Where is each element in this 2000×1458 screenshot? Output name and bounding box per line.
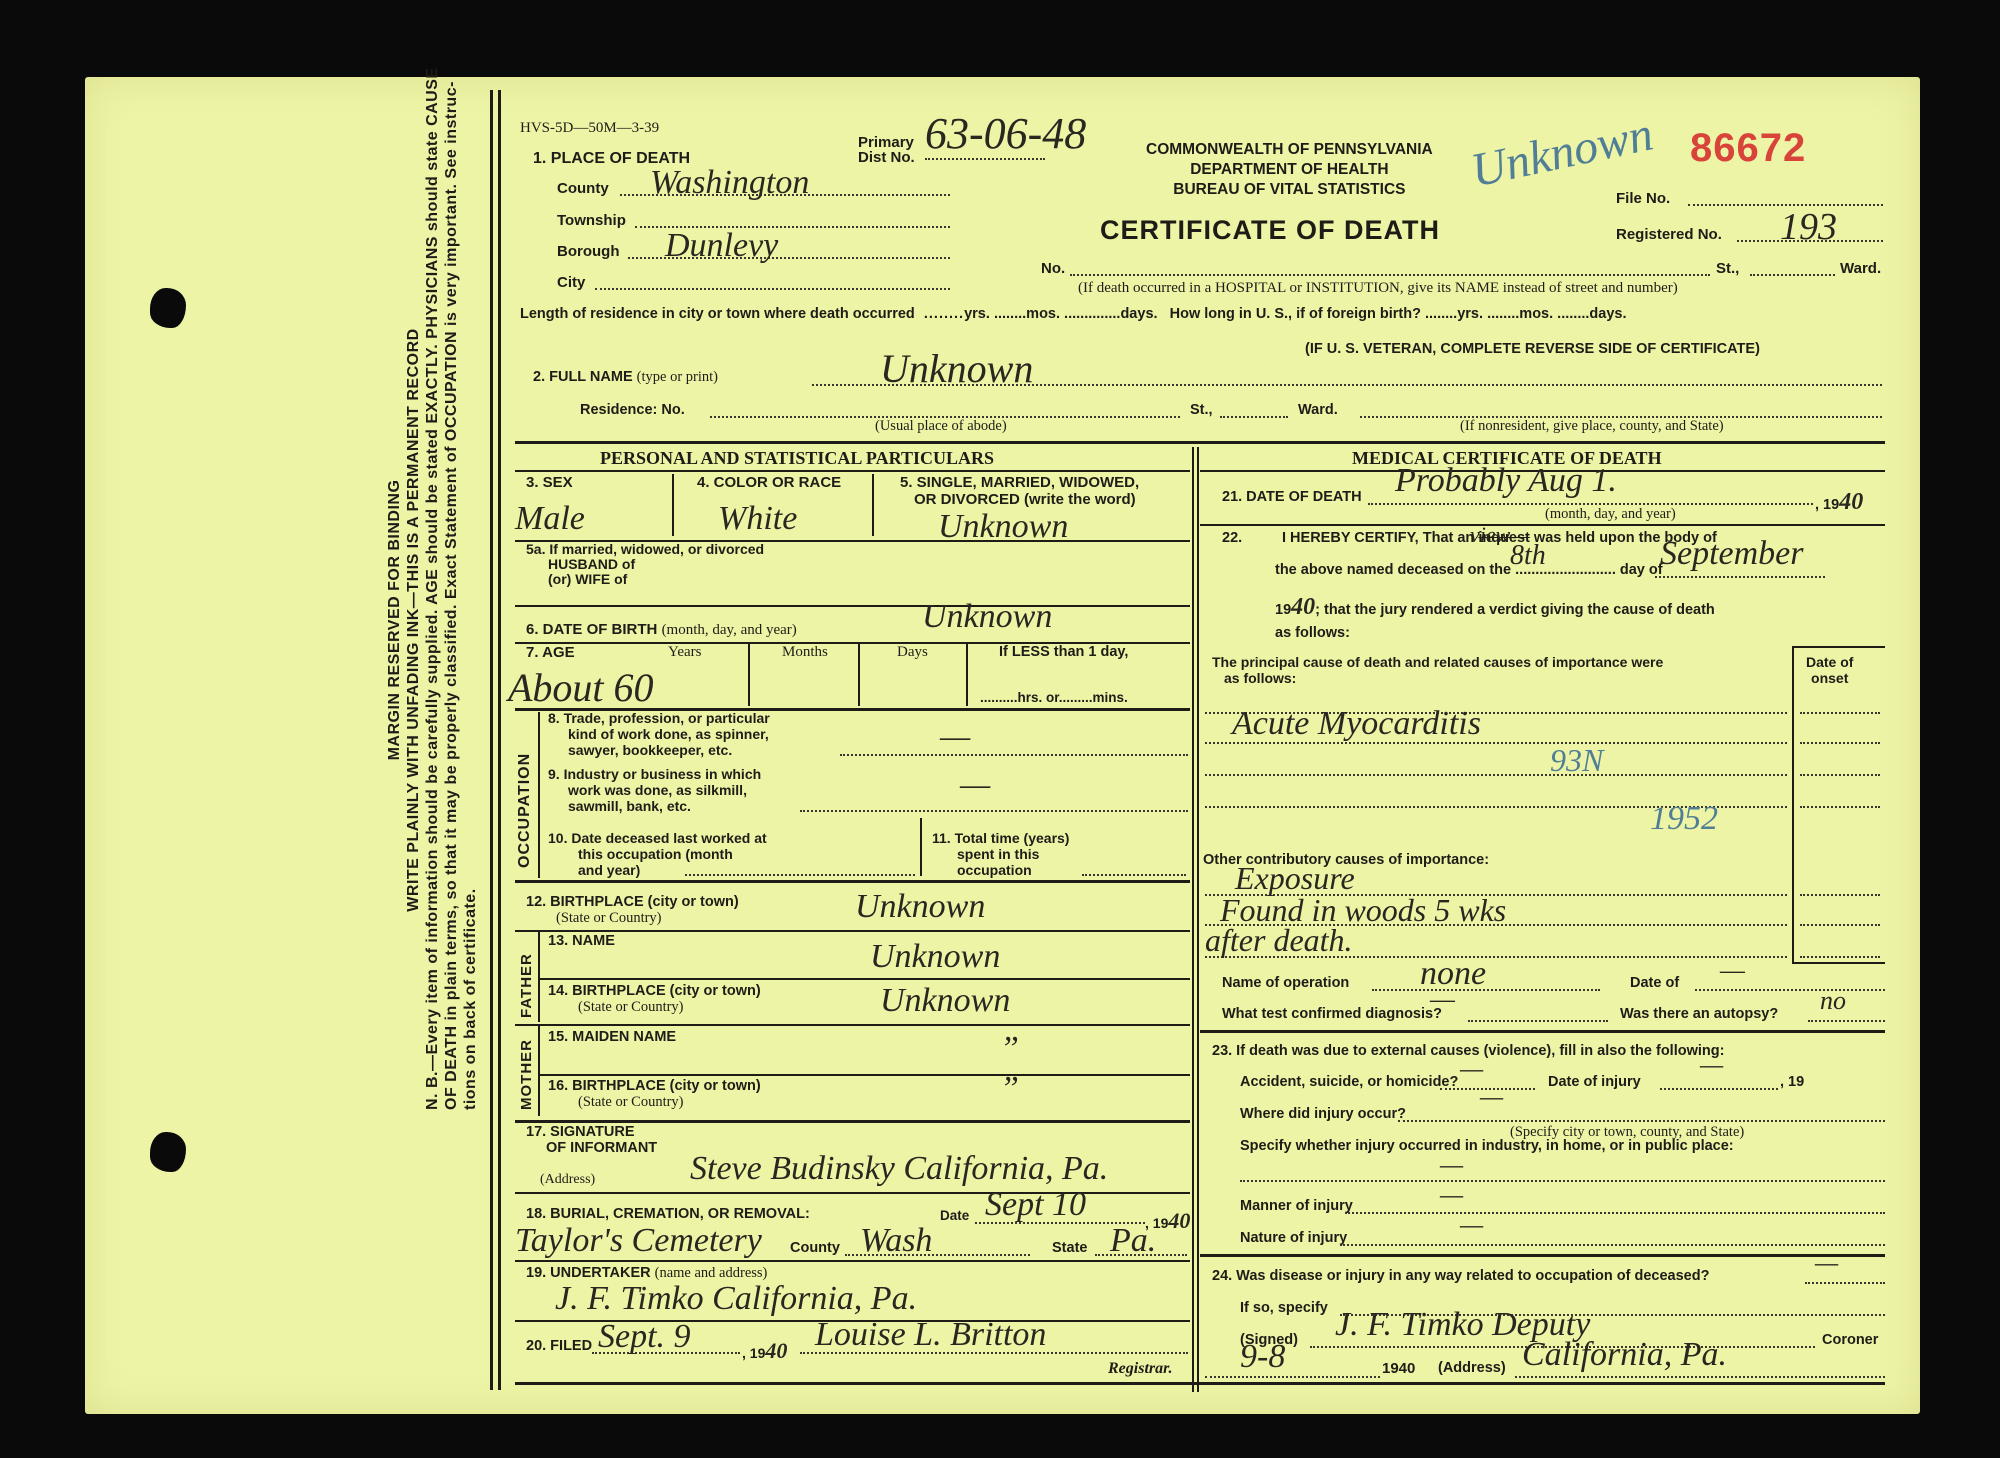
industry-value[interactable]: — [960, 766, 990, 804]
race-label: 4. COLOR OR RACE [697, 474, 841, 491]
informant-label: 17. SIGNATURE OF INFORMANT [526, 1124, 657, 1156]
accident-value[interactable]: — [1460, 1054, 1483, 1084]
residence-length-label: Length of residence in city or town wher… [520, 306, 1627, 322]
filed-label: 20. FILED [526, 1338, 592, 1354]
occupation-related-label: 24. Was disease or injury in any way rel… [1212, 1268, 1709, 1284]
operation-date-value[interactable]: — [1720, 955, 1745, 987]
margin-line-2: WRITE PLAINLY WITH UNFADING INK—THIS IS … [404, 130, 423, 1110]
hrs-mins-label: ..........hrs. or.........mins. [980, 690, 1128, 705]
injury-date-value[interactable]: — [1700, 1050, 1723, 1080]
operation-date-label: Date of [1630, 975, 1679, 991]
injury-date-label: Date of injury [1548, 1074, 1641, 1090]
certify-line-4: as follows: [1275, 625, 1350, 641]
father-vertical-label: FATHER [518, 953, 535, 1018]
operation-label: Name of operation [1222, 975, 1349, 991]
residence-label: Residence: No. [580, 402, 685, 418]
blue-code-1: 93N [1550, 742, 1603, 779]
binding-rule-2 [498, 90, 501, 1390]
race-value[interactable]: White [718, 500, 797, 538]
certificate-stamp-number: 86672 [1690, 126, 1806, 171]
city-field[interactable] [595, 288, 950, 290]
date-of-death-note: (month, day, and year) [1545, 506, 1676, 523]
mother-name-value[interactable]: ” [1000, 1030, 1019, 1068]
principal-cause-value[interactable]: Acute Myocarditis [1232, 705, 1481, 743]
certify-line-3: 1940; that the jury rendered a verdict g… [1275, 594, 1715, 621]
test-value[interactable]: — [1430, 984, 1455, 1016]
personal-section-title: PERSONAL AND STATISTICAL PARTICULARS [600, 448, 994, 469]
margin-line-4: OF DEATH in plain terms, so that it may … [442, 130, 461, 1110]
father-name-value[interactable]: Unknown [870, 938, 1000, 976]
filed-year: , 1940 [742, 1338, 787, 1364]
nonresident-note: (If nonresident, give place, county, and… [1460, 418, 1724, 435]
manner-value[interactable]: — [1440, 1180, 1463, 1210]
where-label: Where did injury occur? [1240, 1106, 1406, 1122]
veteran-note: (IF U. S. VETERAN, COMPLETE REVERSE SIDE… [1305, 341, 1760, 357]
burial-state-value[interactable]: Pa. [1110, 1222, 1156, 1260]
industry-label: 9. Industry or business in which work wa… [548, 766, 761, 814]
if-so-label: If so, specify [1240, 1300, 1328, 1316]
certify-day-value[interactable]: 8th [1510, 540, 1546, 572]
spouse-label: 5a. If married, widowed, or divorced HUS… [526, 542, 764, 587]
dob-label: 6. DATE OF BIRTH (month, day, and year) [526, 621, 797, 639]
residence-st-label: St., [1190, 402, 1213, 418]
abode-note: (Usual place of abode) [875, 418, 1007, 435]
where-value[interactable]: — [1480, 1082, 1503, 1112]
street-no-label: No. [1041, 260, 1065, 277]
form-code: HVS-5D—50M—3-39 [520, 120, 659, 137]
last-worked-label: 10. Date deceased last worked at this oc… [548, 830, 767, 878]
total-time-field[interactable] [1082, 874, 1186, 876]
injury-year-label: , 19 [1780, 1074, 1804, 1090]
nature-value[interactable]: — [1460, 1210, 1483, 1240]
burial-county-label: County [790, 1240, 840, 1256]
borough-value[interactable]: Dunlevy [665, 227, 778, 265]
primary-dist-label: PrimaryDist No. [858, 135, 915, 165]
full-name-value[interactable]: Unknown [880, 345, 1033, 392]
primary-dist-value[interactable]: 63-06-48 [925, 108, 1086, 159]
marital-label: 5. SINGLE, MARRIED, WIDOWED, OR DIVORCED… [900, 474, 1139, 508]
full-name-label: 2. FULL NAME (type or print) [533, 369, 718, 386]
city-label: City [557, 274, 585, 291]
street-label: St., [1716, 260, 1739, 277]
age-years-label: Years [668, 644, 701, 661]
sex-label: 3. SEX [526, 474, 573, 491]
margin-line-5: tions on back of certificate. [461, 130, 480, 1110]
age-days-label: Days [897, 644, 928, 661]
autopsy-label: Was there an autopsy? [1620, 1006, 1778, 1022]
certify-line-2: the above named deceased on the ........… [1275, 562, 1663, 578]
less-than-day-label: If LESS than 1 day, [999, 644, 1128, 660]
burial-state-label: State [1052, 1240, 1087, 1256]
punch-hole-bottom [150, 1132, 186, 1172]
coroner-address-value[interactable]: California, Pa. [1522, 1336, 1727, 1374]
burial-date-value[interactable]: Sept 10 [985, 1186, 1086, 1224]
date-of-death-year: , 1940 [1815, 489, 1863, 516]
blue-code-2: 1952 [1650, 800, 1718, 838]
burial-date-label: Date [940, 1208, 969, 1223]
margin-instructions: MARGIN RESERVED FOR BINDING WRITE PLAINL… [385, 130, 480, 1110]
registrar-signature[interactable]: Louise L. Britton [815, 1316, 1046, 1354]
sex-value[interactable]: Male [515, 500, 585, 538]
mother-name-label: 15. MAIDEN NAME [548, 1029, 676, 1045]
specify-label: Specify whether injury occurred in indus… [1240, 1138, 1734, 1154]
certify-number: 22. [1222, 530, 1242, 546]
file-no-label: File No. [1616, 190, 1670, 207]
occupation-vertical-label: OCCUPATION [516, 753, 534, 868]
signed-year: 1940 [1382, 1360, 1415, 1377]
margin-line-1: MARGIN RESERVED FOR BINDING [385, 130, 404, 1110]
accident-label: Accident, suicide, or homicide? [1240, 1074, 1458, 1090]
trade-value[interactable]: — [940, 718, 970, 756]
filed-date-value[interactable]: Sept. 9 [598, 1318, 691, 1356]
registrar-label: Registrar. [1108, 1360, 1172, 1378]
birthplace-value[interactable]: Unknown [855, 888, 985, 926]
burial-county-value[interactable]: Wash [860, 1222, 932, 1260]
registered-no-value[interactable]: 193 [1780, 205, 1837, 249]
father-name-label: 13. NAME [548, 933, 615, 949]
age-label: 7. AGE [526, 644, 575, 661]
manner-label: Manner of injury [1240, 1198, 1353, 1214]
burial-place-value[interactable]: Taylor's Cemetery [515, 1222, 762, 1260]
township-label: Township [557, 212, 626, 229]
autopsy-value[interactable]: no [1820, 986, 1846, 1016]
mother-vertical-label: MOTHER [518, 1039, 535, 1110]
document-title: CERTIFICATE OF DEATH [1100, 215, 1440, 246]
borough-label: Borough [557, 243, 619, 260]
undertaker-value[interactable]: J. F. Timko California, Pa. [555, 1280, 917, 1318]
certify-inserted-word[interactable]: view [1470, 522, 1510, 548]
occupation-related-value[interactable]: — [1815, 1248, 1838, 1278]
binding-rule-1 [490, 90, 493, 1390]
trade-label: 8. Trade, profession, or particular kind… [548, 710, 770, 758]
ward-label: Ward. [1840, 260, 1881, 277]
father-birthplace-label: 14. BIRTHPLACE (city or town) (State or … [548, 983, 761, 1015]
other-cause-3[interactable]: after death. [1205, 922, 1353, 959]
date-of-death-value[interactable]: Probably Aug 1. [1395, 462, 1617, 500]
date-of-death-label: 21. DATE OF DEATH [1222, 489, 1362, 505]
birthplace-label: 12. BIRTHPLACE (city or town) (State or … [526, 894, 739, 926]
hospital-note: (If death occurred in a HOSPITAL or INST… [1078, 280, 1678, 297]
certify-month-value[interactable]: September [1660, 535, 1804, 573]
signed-date-value[interactable]: 9-8 [1240, 1338, 1285, 1376]
mother-birthplace-value[interactable]: ” [1000, 1070, 1019, 1108]
coroner-address-label: (Address) [1438, 1360, 1506, 1376]
test-label: What test confirmed diagnosis? [1222, 1006, 1442, 1022]
onset-label: Date ofonset [1806, 654, 1853, 686]
informant-address-label: (Address) [540, 1172, 595, 1188]
punch-hole-top [150, 288, 186, 328]
coroner-label: Coroner [1822, 1332, 1878, 1348]
specify-value[interactable]: — [1440, 1150, 1463, 1180]
county-label: County [557, 180, 609, 197]
mother-birthplace-label: 16. BIRTHPLACE (city or town) (State or … [548, 1078, 761, 1110]
principal-cause-label: The principal cause of death and related… [1212, 654, 1663, 686]
issuing-authority: COMMONWEALTH OF PENNSYLVANIA DEPARTMENT … [1146, 140, 1433, 200]
age-months-label: Months [782, 644, 828, 661]
age-value[interactable]: About 60 [508, 664, 654, 711]
county-value[interactable]: Washington [650, 164, 809, 202]
residence-ward-label: Ward. [1298, 402, 1338, 418]
father-birthplace-value[interactable]: Unknown [880, 982, 1010, 1020]
registered-no-label: Registered No. [1616, 226, 1722, 243]
nature-label: Nature of injury [1240, 1230, 1347, 1246]
last-worked-field[interactable] [685, 874, 915, 876]
margin-line-3: N. B.—Every item of information should b… [423, 130, 442, 1110]
dob-value[interactable]: Unknown [922, 598, 1052, 636]
total-time-label: 11. Total time (years) spent in this occ… [932, 830, 1069, 878]
informant-value[interactable]: Steve Budinsky California, Pa. [690, 1150, 1108, 1188]
burial-label: 18. BURIAL, CREMATION, OR REMOVAL: [526, 1206, 810, 1222]
